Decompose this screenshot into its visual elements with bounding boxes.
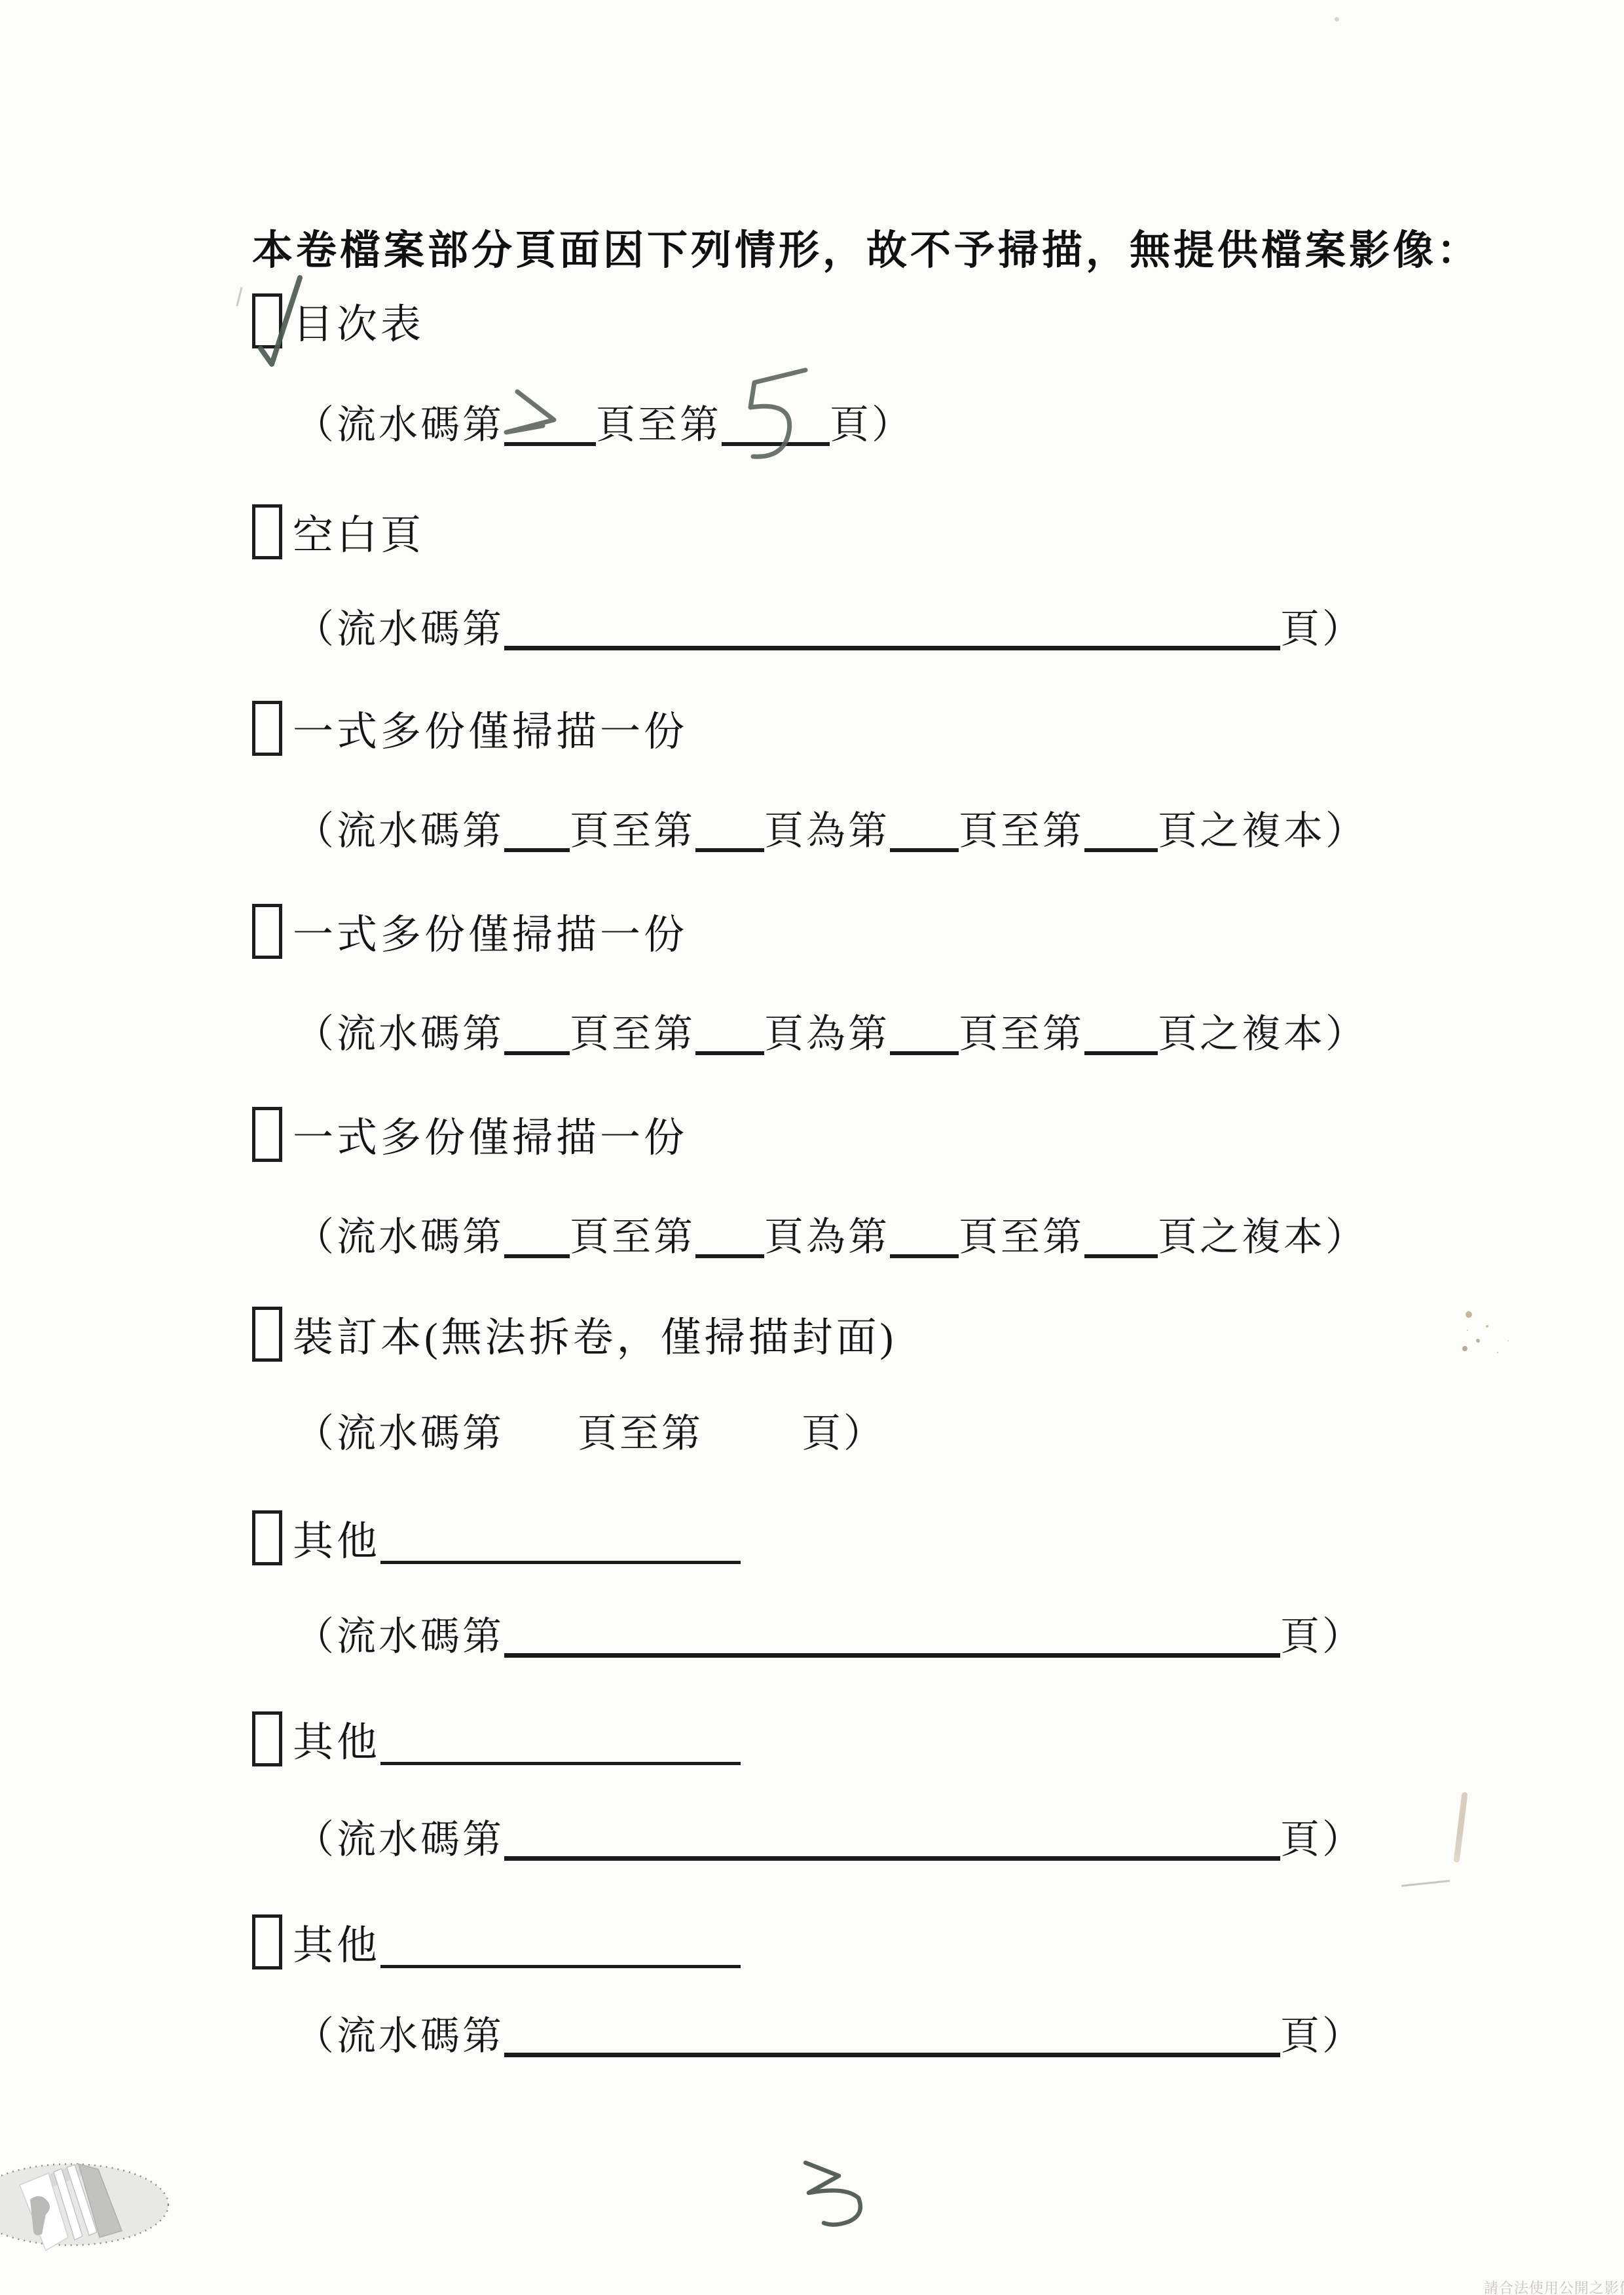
dup1-field-3[interactable]: [890, 809, 959, 852]
checkbox-blank-pages[interactable]: [252, 504, 282, 559]
subline-text: （流水碼第: [295, 1615, 504, 1658]
item-label-other-2: 其他: [293, 1721, 380, 1765]
blank-pages-field[interactable]: [504, 606, 1280, 650]
subline-text: （流水碼第: [295, 2015, 504, 2058]
subline-text: （流水碼第: [295, 1412, 504, 1455]
item-label-blank-pages: 空白頁: [293, 513, 424, 558]
subline-bound-volume: （流水碼第頁至第頁）: [295, 1406, 885, 1462]
subline-duplicate-2: （流水碼第頁至第頁為第頁至第頁之複本）: [295, 1006, 1367, 1062]
form-item-blank-pages: 空白頁: [252, 504, 424, 561]
form-item-duplicate-1: 一式多份僅掃描一份: [252, 701, 688, 757]
item-label-duplicate-1: 一式多份僅掃描一份: [293, 710, 688, 755]
dup2-field-4[interactable]: [1084, 1012, 1158, 1055]
checkbox-other-2[interactable]: [252, 1711, 282, 1766]
subline-text: 頁之複本）: [1158, 810, 1367, 853]
subline-text: 頁為第: [764, 810, 890, 853]
other-2-description-field[interactable]: [380, 1723, 741, 1765]
dup1-field-1[interactable]: [504, 809, 570, 852]
subline-text: 頁之複本）: [1158, 1216, 1367, 1259]
subline-text: 頁）: [1280, 1818, 1364, 1861]
scan-mark: [236, 287, 242, 307]
scan-stain: [1466, 1311, 1472, 1318]
dup2-field-1[interactable]: [504, 1012, 570, 1055]
dup3-field-3[interactable]: [890, 1215, 959, 1258]
scan-mark: [1401, 1880, 1450, 1887]
subline-text: 頁至第: [570, 1216, 695, 1259]
subline-text: 頁）: [830, 403, 913, 447]
subline-other-1: （流水碼第頁）: [295, 1609, 1364, 1665]
form-item-duplicate-2: 一式多份僅掃描一份: [252, 904, 688, 960]
subline-text: 頁至第: [570, 1013, 695, 1056]
item-label-duplicate-3: 一式多份僅掃描一份: [293, 1116, 688, 1161]
checkbox-duplicate-1[interactable]: [252, 701, 282, 756]
toc-start-page-field[interactable]: [504, 403, 596, 446]
dup3-field-4[interactable]: [1084, 1215, 1158, 1258]
item-label-bound-volume: 裝訂本(無法拆卷，僅掃描封面): [293, 1316, 896, 1360]
form-item-other-2: 其他: [252, 1711, 741, 1768]
subline-text: 頁至第: [959, 810, 1084, 853]
scanned-form-page: 本卷檔案部分頁面因下列情形，故不予掃描，無提供檔案影像： 目次表 （流水碼第頁至…: [0, 0, 1624, 2295]
form-item-duplicate-3: 一式多份僅掃描一份: [252, 1107, 688, 1163]
subline-text: （流水碼第: [295, 810, 504, 853]
dup2-field-3[interactable]: [890, 1012, 959, 1055]
archives-logo-watermark: [0, 2157, 172, 2279]
scan-speck: [1335, 17, 1339, 22]
legal-watermark-text: 請合法使用公開之影像: [1484, 2277, 1624, 2295]
subline-text: 頁為第: [764, 1216, 890, 1259]
item-label-other-3: 其他: [293, 1924, 380, 1968]
subline-other-2: （流水碼第頁）: [295, 1812, 1364, 1868]
dup2-field-2[interactable]: [695, 1012, 764, 1055]
other-1-description-field[interactable]: [380, 1521, 741, 1564]
subline-text: 頁至第: [959, 1013, 1084, 1056]
item-label-other-1: 其他: [293, 1520, 380, 1564]
dup1-field-2[interactable]: [695, 809, 764, 852]
dup3-field-1[interactable]: [504, 1215, 570, 1258]
page-title: 本卷檔案部分頁面因下列情形，故不予掃描，無提供檔案影像：: [252, 217, 1481, 276]
subline-text: 頁至第: [959, 1216, 1084, 1259]
scan-stain: [1453, 1792, 1467, 1863]
subline-text: 頁之複本）: [1158, 1013, 1367, 1056]
subline-text: 頁至第: [578, 1412, 703, 1455]
subline-other-3: （流水碼第頁）: [295, 2008, 1364, 2064]
subline-text: 頁至第: [596, 403, 722, 447]
subline-duplicate-1: （流水碼第頁至第頁為第頁至第頁之複本）: [295, 803, 1367, 859]
form-item-bound-volume: 裝訂本(無法拆卷，僅掃描封面): [252, 1307, 896, 1363]
subline-text: （流水碼第: [295, 608, 504, 651]
checkbox-other-1[interactable]: [252, 1510, 282, 1565]
toc-end-page-field[interactable]: [722, 403, 830, 446]
checkbox-toc[interactable]: [252, 293, 282, 348]
checkbox-other-3[interactable]: [252, 1914, 282, 1969]
subline-text: （流水碼第: [295, 1216, 504, 1259]
checkbox-bound-volume[interactable]: [252, 1307, 282, 1362]
other-3-pages-field[interactable]: [504, 2013, 1280, 2057]
subline-text: 頁）: [1280, 2015, 1364, 2058]
subline-duplicate-3: （流水碼第頁至第頁為第頁至第頁之複本）: [295, 1209, 1367, 1265]
form-item-toc: 目次表: [252, 293, 424, 350]
checkbox-duplicate-3[interactable]: [252, 1107, 282, 1162]
subline-blank-pages: （流水碼第頁）: [295, 601, 1364, 658]
handwriting-overlay: [0, 0, 1624, 2295]
form-item-other-3: 其他: [252, 1914, 741, 1971]
handwritten-page-number-3: [805, 2163, 860, 2225]
subline-text: （流水碼第: [295, 1013, 504, 1056]
subline-text: 頁為第: [764, 1013, 890, 1056]
subline-text: 頁至第: [570, 810, 695, 853]
other-2-pages-field[interactable]: [504, 1817, 1280, 1861]
other-1-pages-field[interactable]: [504, 1614, 1280, 1658]
dup1-field-4[interactable]: [1084, 809, 1158, 852]
form-item-other-1: 其他: [252, 1510, 741, 1567]
dup3-field-2[interactable]: [695, 1215, 764, 1258]
item-label-toc: 目次表: [293, 303, 424, 347]
subline-text: 頁）: [802, 1412, 885, 1455]
subline-text: 頁）: [1280, 608, 1364, 651]
item-label-duplicate-2: 一式多份僅掃描一份: [293, 913, 688, 958]
subline-text: 頁）: [1280, 1615, 1364, 1658]
subline-text: （流水碼第: [295, 1818, 504, 1861]
checkbox-duplicate-2[interactable]: [252, 904, 282, 959]
other-3-description-field[interactable]: [380, 1926, 741, 1968]
subline-text: （流水碼第: [295, 403, 504, 447]
subline-toc: （流水碼第頁至第頁）: [295, 397, 913, 453]
